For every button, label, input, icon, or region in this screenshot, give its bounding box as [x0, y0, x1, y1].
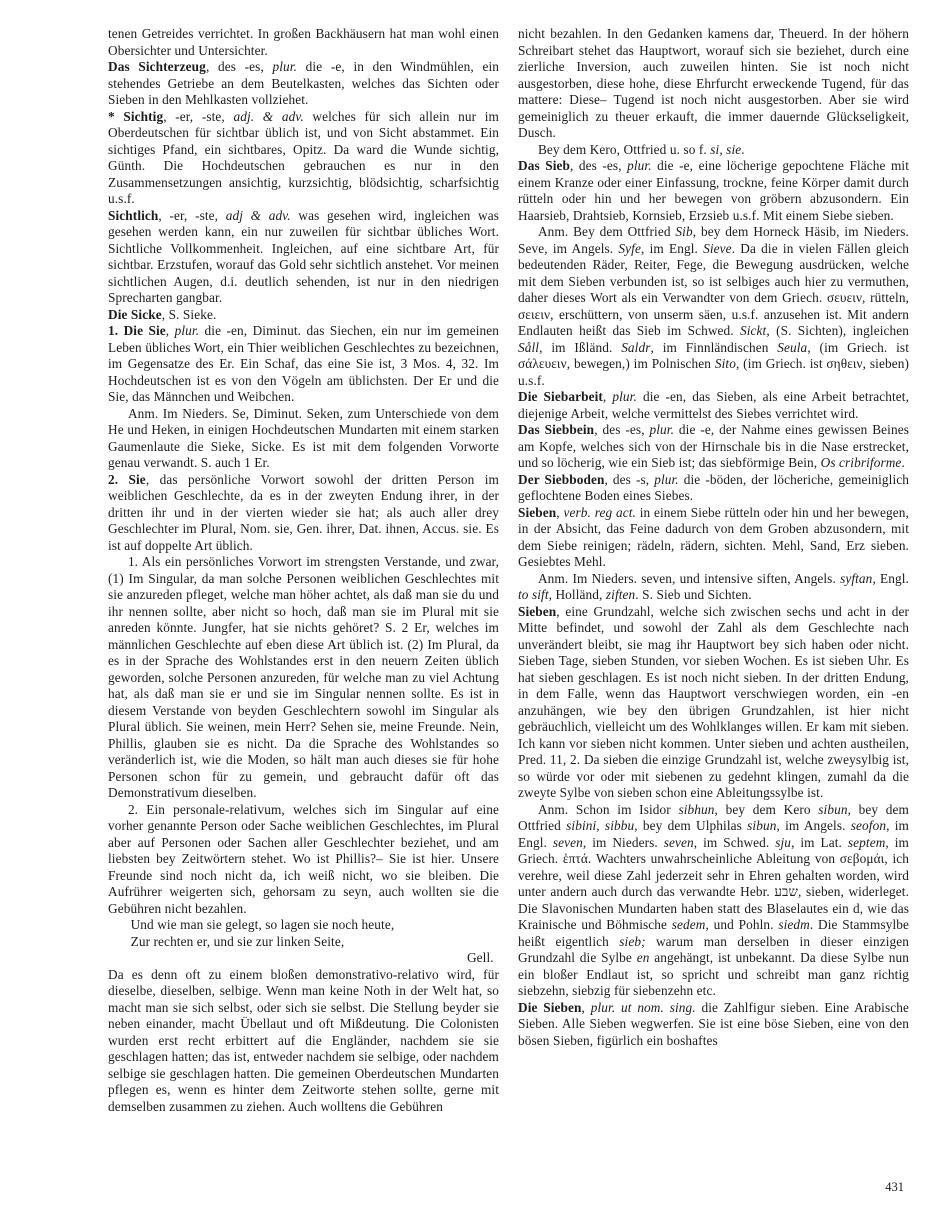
- text-run: , im Schwed.: [694, 835, 775, 850]
- paragraph: nicht bezahlen. In den Gedanken kamens d…: [518, 26, 909, 142]
- italic-run: sedem: [672, 917, 706, 932]
- text-run: , im Lat.: [791, 835, 848, 850]
- italic-run: sibini, sibbu: [566, 818, 634, 833]
- text-run: , eine Grundzahl, welche sich zwischen s…: [518, 604, 909, 801]
- italic-run: sieb;: [619, 934, 645, 949]
- text-run: , im Nieders.: [583, 835, 664, 850]
- text-run: Zur rechten er, und sie zur linken Seite…: [131, 934, 345, 949]
- paragraph: tenen Getreides verrichtet. In großen Ba…: [108, 26, 499, 59]
- text-run: , im Finnländischen: [651, 340, 778, 355]
- text-run: , im Angels.: [776, 818, 850, 833]
- paragraph: 2. Ein personale-relativum, welches sich…: [108, 802, 499, 918]
- italic-run: plur.: [612, 389, 637, 404]
- italic-run: plur.: [175, 323, 200, 338]
- paragraph: Sieben, verb. reg act. in einem Siebe rü…: [518, 505, 909, 571]
- text-run: ,: [603, 389, 612, 404]
- text-run: Bey dem Kero, Ottfried u. so f.: [538, 142, 710, 157]
- italic-run: sju: [775, 835, 791, 850]
- italic-run: plur.: [654, 472, 679, 487]
- italic-run: Seula: [777, 340, 807, 355]
- text-run: 1. Als ein persönliches Vorwort im stren…: [108, 554, 499, 800]
- text-columns: tenen Getreides verrichtet. In großen Ba…: [0, 0, 935, 1115]
- paragraph: Bey dem Kero, Ottfried u. so f. si, sie.: [518, 142, 909, 159]
- headword: Sichtlich: [108, 208, 158, 223]
- text-run: , des -es,: [570, 158, 627, 173]
- headword: 1. Die Sie: [108, 323, 166, 338]
- text-run: ,: [166, 323, 175, 338]
- headword: Sieben: [518, 604, 556, 619]
- paragraph: Das Siebbein, des -es, plur. die -e, der…: [518, 422, 909, 472]
- paragraph: Gell.: [108, 950, 499, 967]
- paragraph: Anm. Im Nieders. Se, Diminut. Seken, zum…: [108, 406, 499, 472]
- italic-run: plur. ut nom. sing.: [591, 1000, 696, 1015]
- paragraph: Sieben, eine Grundzahl, welche sich zwis…: [518, 604, 909, 802]
- italic-run: plur.: [650, 422, 675, 437]
- text-run: , das persönliche Vorwort sowohl der dri…: [108, 472, 499, 553]
- text-run: , Holländ,: [549, 587, 606, 602]
- text-run: . S. Sieb und Sichten.: [635, 587, 751, 602]
- dictionary-page: tenen Getreides verrichtet. In großen Ba…: [0, 0, 935, 1210]
- italic-run: seven: [664, 835, 694, 850]
- headword: Die Siebarbeit: [518, 389, 603, 404]
- italic-run: sibhun: [678, 802, 714, 817]
- headword: 2. Sie: [108, 472, 146, 487]
- paragraph: 1. Als ein persönliches Vorwort im stren…: [108, 554, 499, 802]
- paragraph: 1. Die Sie, plur. die -en, Diminut. das …: [108, 323, 499, 406]
- text-run: , (S. Sichten), ingleichen: [766, 323, 909, 338]
- italic-run: plur.: [627, 158, 652, 173]
- page-number: 431: [885, 1181, 904, 1194]
- headword: Der Siebboden: [518, 472, 605, 487]
- paragraph: Zur rechten er, und sie zur linken Seite…: [108, 934, 499, 951]
- italic-run: septem: [848, 835, 886, 850]
- paragraph: Anm. Schon im Isidor sibhun, bey dem Ker…: [518, 802, 909, 1000]
- paragraph: 2. Sie, das persönliche Vorwort sowohl d…: [108, 472, 499, 555]
- text-run: Gell.: [467, 950, 494, 965]
- paragraph: Das Sieb, des -es, plur. die -e, eine lö…: [518, 158, 909, 224]
- text-run: ,: [582, 1000, 591, 1015]
- italic-run: si, sie: [710, 142, 741, 157]
- text-run: , und Pohln.: [706, 917, 779, 932]
- text-run: Anm. Im Nieders. seven, und intensive si…: [538, 571, 840, 586]
- paragraph: Die Sicke, S. Sieke.: [108, 307, 499, 324]
- text-run: Und wie man sie gelegt, so lagen sie noc…: [131, 917, 395, 932]
- italic-run: plur.: [273, 59, 298, 74]
- headword: Das Siebbein: [518, 422, 594, 437]
- italic-run: ziften: [606, 587, 635, 602]
- column-right: nicht bezahlen. In den Gedanken kamens d…: [518, 26, 909, 1115]
- text-run: .: [901, 455, 904, 470]
- text-run: , bey dem Kero: [715, 802, 819, 817]
- italic-run: Sib: [675, 224, 692, 239]
- italic-run: syftan: [840, 571, 872, 586]
- italic-run: adj. & adv.: [233, 109, 303, 124]
- text-run: tenen Getreides verrichtet. In großen Ba…: [108, 26, 499, 58]
- text-run: , Engl.: [872, 571, 909, 586]
- text-run: , -er, -ste,: [158, 208, 225, 223]
- headword: Sieben: [518, 505, 556, 520]
- paragraph: Sichtlich, -er, -ste, adj & adv. was ges…: [108, 208, 499, 307]
- paragraph: Die Sieben, plur. ut nom. sing. die Zahl…: [518, 1000, 909, 1050]
- italic-run: adj & adv.: [226, 208, 291, 223]
- paragraph: Anm. Bey dem Ottfried Sib, bey dem Horne…: [518, 224, 909, 389]
- paragraph: Die Siebarbeit, plur. die -en, das Siebe…: [518, 389, 909, 422]
- text-run: , S. Sieke.: [162, 307, 217, 322]
- headword: Die Sieben: [518, 1000, 582, 1015]
- text-run: .: [741, 142, 744, 157]
- italic-run: Sieve: [703, 241, 732, 256]
- text-run: Anm. Im Nieders. Se, Diminut. Seken, zum…: [108, 406, 499, 471]
- paragraph: Da es denn oft zu einem bloßen demonstra…: [108, 967, 499, 1116]
- text-run: Anm. Bey dem Ottfried: [538, 224, 675, 239]
- text-run: , des -es,: [206, 59, 273, 74]
- italic-run: en: [637, 950, 650, 965]
- paragraph: Anm. Im Nieders. seven, und intensive si…: [518, 571, 909, 604]
- italic-run: seofon: [851, 818, 886, 833]
- italic-run: sibun: [747, 818, 776, 833]
- italic-run: seven: [553, 835, 583, 850]
- headword: Das Sieb: [518, 158, 570, 173]
- text-run: Anm. Schon im Isidor: [538, 802, 679, 817]
- italic-run: Sito: [715, 356, 736, 371]
- text-run: nicht bezahlen. In den Gedanken kamens d…: [518, 26, 909, 140]
- italic-run: to sift: [518, 587, 549, 602]
- text-run: , des -es,: [594, 422, 649, 437]
- headword: * Sichtig: [108, 109, 163, 124]
- italic-run: Såll: [518, 340, 539, 355]
- paragraph: * Sichtig, -er, -ste, adj. & adv. welche…: [108, 109, 499, 208]
- italic-run: Sickt: [740, 323, 766, 338]
- text-run: , bey dem Ulphilas: [634, 818, 747, 833]
- paragraph: Und wie man sie gelegt, so lagen sie noc…: [108, 917, 499, 934]
- text-run: 2. Ein personale-relativum, welches sich…: [108, 802, 499, 916]
- italic-run: Syfe: [618, 241, 641, 256]
- text-run: , des -s,: [605, 472, 655, 487]
- column-left: tenen Getreides verrichtet. In großen Ba…: [108, 26, 499, 1115]
- italic-run: verb. reg act.: [563, 505, 635, 520]
- text-run: Da es denn oft zu einem bloßen demonstra…: [108, 967, 499, 1114]
- text-run: , im Engl.: [641, 241, 703, 256]
- headword: Die Sicke: [108, 307, 162, 322]
- italic-run: Saldr: [621, 340, 650, 355]
- italic-run: sibun: [818, 802, 847, 817]
- text-run: , -er, -ste,: [163, 109, 233, 124]
- paragraph: Das Sichterzeug, des -es, plur. die -e, …: [108, 59, 499, 109]
- headword: Das Sichterzeug: [108, 59, 206, 74]
- italic-run: siedm: [778, 917, 810, 932]
- paragraph: Der Siebboden, des -s, plur. die -böden,…: [518, 472, 909, 505]
- italic-run: Os cribriforme: [821, 455, 902, 470]
- text-run: , im Ißländ.: [539, 340, 621, 355]
